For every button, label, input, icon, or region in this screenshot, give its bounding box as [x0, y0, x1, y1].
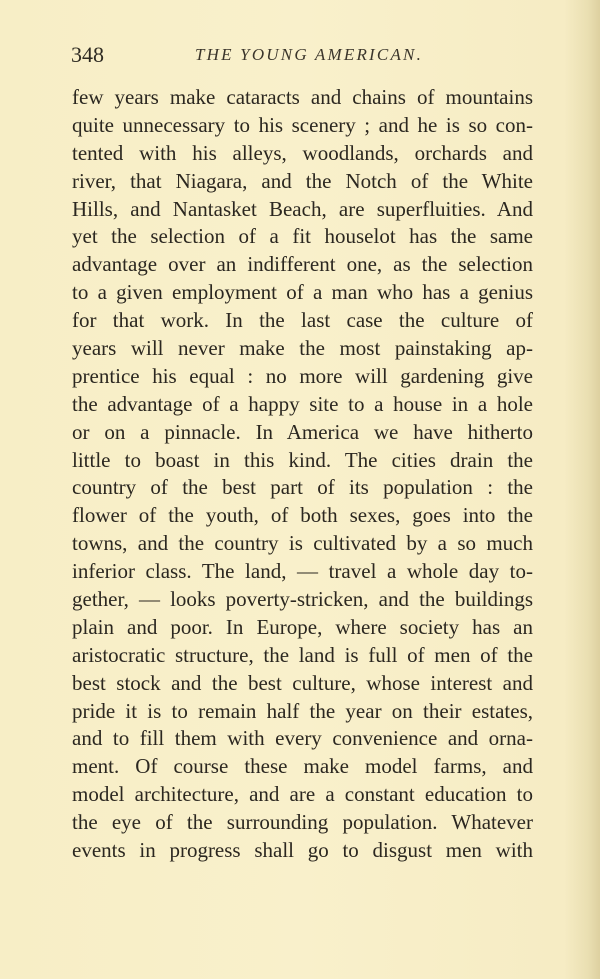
running-title: THE YOUNG AMERICAN.: [195, 45, 423, 65]
running-head: 348 THE YOUNG AMERICAN.: [71, 42, 541, 70]
text-line: advantage over an indifferent one, as th…: [72, 251, 533, 279]
text-line: for that work. In the last case the cult…: [72, 307, 533, 335]
text-line: the eye of the surrounding population. W…: [72, 809, 533, 837]
text-line: quite unnecessary to his scenery ; and h…: [72, 112, 533, 140]
book-page: 348 THE YOUNG AMERICAN. few years make c…: [0, 0, 600, 979]
text-line: and to fill them with every convenience …: [72, 725, 533, 753]
page-number: 348: [71, 42, 104, 68]
text-line: Hills, and Nantasket Beach, are superflu…: [72, 196, 533, 224]
text-line: river, that Niagara, and the Notch of th…: [72, 168, 533, 196]
text-line: inferior class. The land, — travel a who…: [72, 558, 533, 586]
text-line: plain and poor. In Europe, where society…: [72, 614, 533, 642]
text-line: towns, and the country is cultivated by …: [72, 530, 533, 558]
text-line: best stock and the best culture, whose i…: [72, 670, 533, 698]
text-line: the advantage of a happy site to a house…: [72, 391, 533, 419]
text-line: gether, — looks poverty-stricken, and th…: [72, 586, 533, 614]
text-line: or on a pinnacle. In America we have hit…: [72, 419, 533, 447]
text-line: to a given employment of a man who has a…: [72, 279, 533, 307]
text-line: years will never make the most painstaki…: [72, 335, 533, 363]
text-line: flower of the youth, of both sexes, goes…: [72, 502, 533, 530]
text-line: model architecture, and are a constant e…: [72, 781, 533, 809]
text-line: events in progress shall go to disgust m…: [72, 837, 533, 865]
text-line: aristocratic structure, the land is full…: [72, 642, 533, 670]
text-line: tented with his alleys, woodlands, orcha…: [72, 140, 533, 168]
text-line: prentice his equal : no more will garden…: [72, 363, 533, 391]
text-line: little to boast in this kind. The cities…: [72, 447, 533, 475]
text-line: ment. Of course these make model farms, …: [72, 753, 533, 781]
body-text: few years make cataracts and chains of m…: [72, 84, 533, 865]
text-line: pride it is to remain half the year on t…: [72, 698, 533, 726]
text-line: few years make cataracts and chains of m…: [72, 84, 533, 112]
text-line: yet the selection of a fit houselot has …: [72, 223, 533, 251]
text-line: country of the best part of its populati…: [72, 474, 533, 502]
